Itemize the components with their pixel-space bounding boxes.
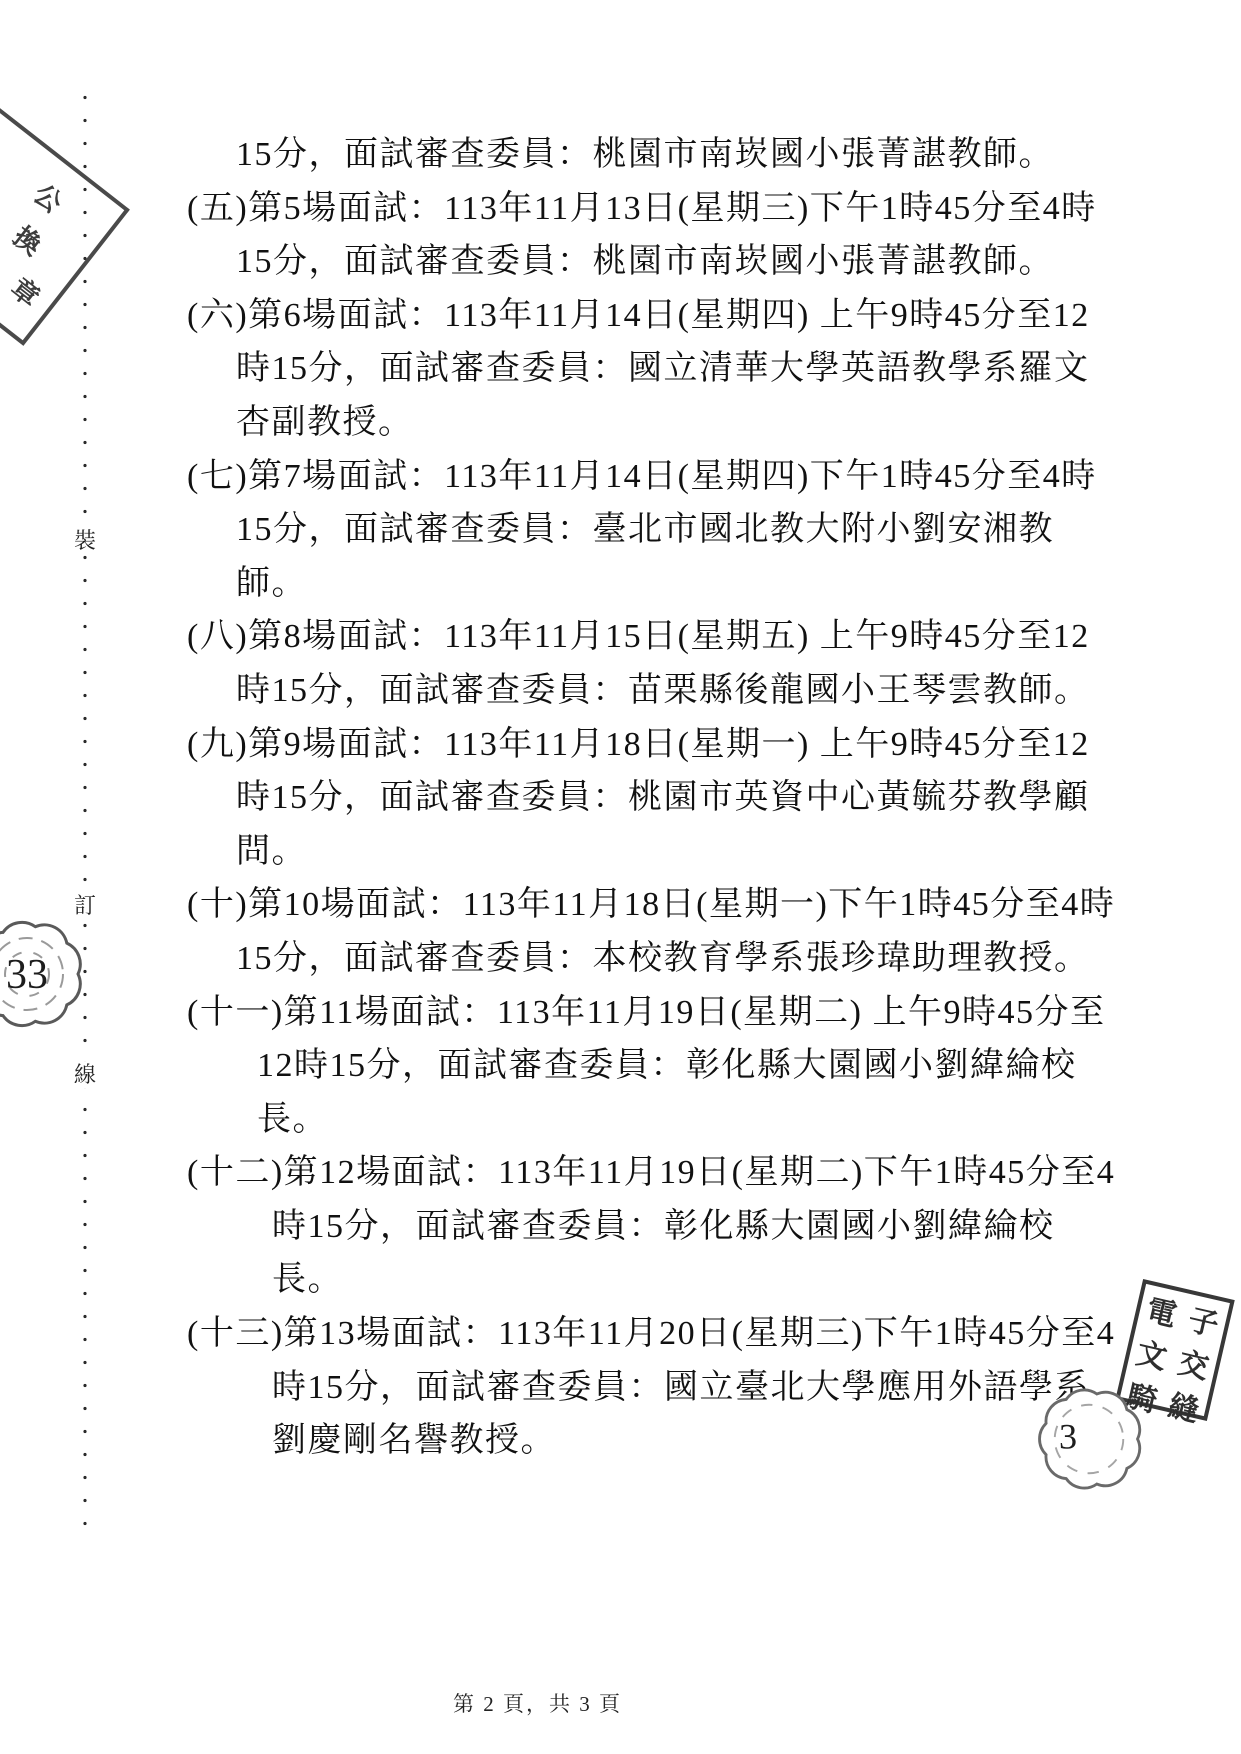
text-line: 杏副教授。 <box>0 396 1241 450</box>
text-line: (十)第10場面試：113年11月18日(星期一)下午1時45分至4時 <box>0 878 1241 932</box>
stamp-char: 電 <box>1143 1285 1182 1335</box>
text-line: 問。 <box>0 825 1241 879</box>
text-line: (七)第7場面試：113年11月14日(星期四)下午1時45分至4時 <box>0 450 1241 504</box>
page-footer: 第 2 頁，共 3 頁 <box>0 1688 1075 1718</box>
text-line: 時15分，面試審查委員：國立清華大學英語教學系羅文 <box>0 342 1241 396</box>
text-line: 時15分，面試審查委員：苗栗縣後龍國小王琴雲教師。 <box>0 664 1241 718</box>
text-line: (六)第6場面試：113年11月14日(星期四) 上午9時45分至12 <box>0 289 1241 343</box>
text-line: 15分，面試審查委員：臺北市國北教大附小劉安湘教 <box>0 503 1241 557</box>
perforation-stamp-right: 3 <box>1030 1380 1148 1498</box>
text-line: 長。 <box>0 1253 1241 1307</box>
text-line: (八)第8場面試：113年11月15日(星期五) 上午9時45分至12 <box>0 610 1241 664</box>
document-body: 15分，面試審查委員：桃園市南崁國小張菁諶教師。 (五)第5場面試：113年11… <box>0 128 1241 1468</box>
stamp-char: 文 <box>1133 1328 1172 1378</box>
text-line: 15分，面試審查委員：本校教育學系張珍瑋助理教授。 <box>0 932 1241 986</box>
text-line: 15分，面試審查委員：桃園市南崁國小張菁諶教師。 <box>0 128 1241 182</box>
text-line: 12時15分，面試審查委員：彰化縣大園國小劉緯綸校 <box>0 1039 1241 1093</box>
text-line: 時15分，面試審查委員：桃園市英資中心黃毓芬教學顧 <box>0 771 1241 825</box>
stamp-char: 交 <box>1175 1338 1214 1388</box>
text-line: 15分，面試審查委員：桃園市南崁國小張菁諶教師。 <box>0 235 1241 289</box>
text-line: 長。 <box>0 1093 1241 1147</box>
stamp-char: 子 <box>1184 1295 1223 1345</box>
text-line: (十一)第11場面試：113年11月19日(星期二) 上午9時45分至 <box>0 986 1241 1040</box>
text-line: (十三)第13場面試：113年11月20日(星期三)下午1時45分至4 <box>0 1307 1241 1361</box>
text-line: (五)第5場面試：113年11月13日(星期三)下午1時45分至4時 <box>0 182 1241 236</box>
text-line: (十二)第12場面試：113年11月19日(星期二)下午1時45分至4 <box>0 1146 1241 1200</box>
text-line: 時15分，面試審查委員：彰化縣大園國小劉緯綸校 <box>0 1200 1241 1254</box>
perforation-number-right: 3 <box>1059 1417 1077 1457</box>
text-line: (九)第9場面試：113年11月18日(星期一) 上午9時45分至12 <box>0 718 1241 772</box>
text-line: 師。 <box>0 557 1241 611</box>
document-page: 裝 訂 線 公 換 章 文 縫 33 // bind the svg text … <box>0 0 1241 1754</box>
